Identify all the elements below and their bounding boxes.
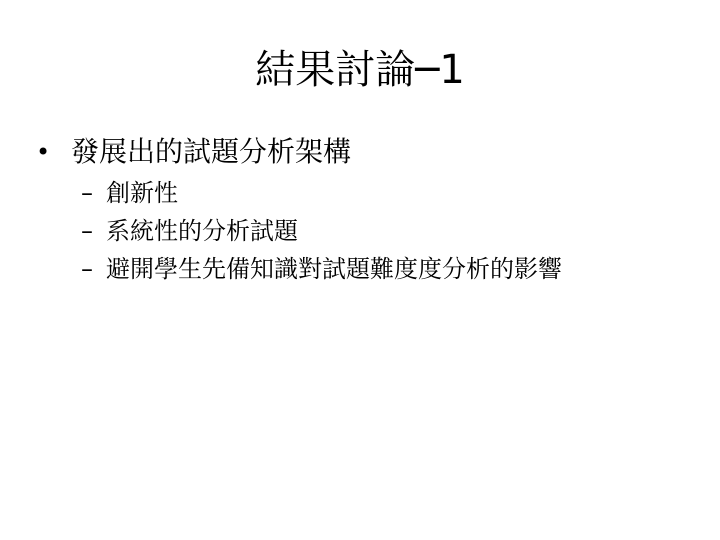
bullet-item: • 發展出的試題分析架構 [36, 132, 696, 172]
sub-bullet-text: 避開學生先備知識對試題難度度分析的影響 [106, 255, 562, 283]
slide: 結果討論─1 • 發展出的試題分析架構 – 創新性 – 系統性的分析試題 – 避… [0, 0, 720, 540]
slide-title: 結果討論─1 [0, 44, 720, 96]
dash-icon: – [81, 250, 105, 288]
sub-bullet-item: – 系統性的分析試題 [36, 212, 696, 250]
sub-bullet-item: – 創新性 [36, 174, 696, 212]
bullet-dot-icon: • [36, 132, 66, 172]
sub-bullet-text: 系統性的分析試題 [106, 217, 298, 245]
slide-body: • 發展出的試題分析架構 – 創新性 – 系統性的分析試題 – 避開學生先備知識… [36, 132, 696, 288]
sub-bullet-list: – 創新性 – 系統性的分析試題 – 避開學生先備知識對試題難度度分析的影響 [36, 174, 696, 288]
sub-bullet-item: – 避開學生先備知識對試題難度度分析的影響 [36, 250, 696, 288]
sub-bullet-text: 創新性 [106, 179, 178, 207]
dash-icon: – [81, 212, 105, 250]
dash-icon: – [81, 174, 105, 212]
bullet-text: 發展出的試題分析架構 [71, 135, 351, 168]
